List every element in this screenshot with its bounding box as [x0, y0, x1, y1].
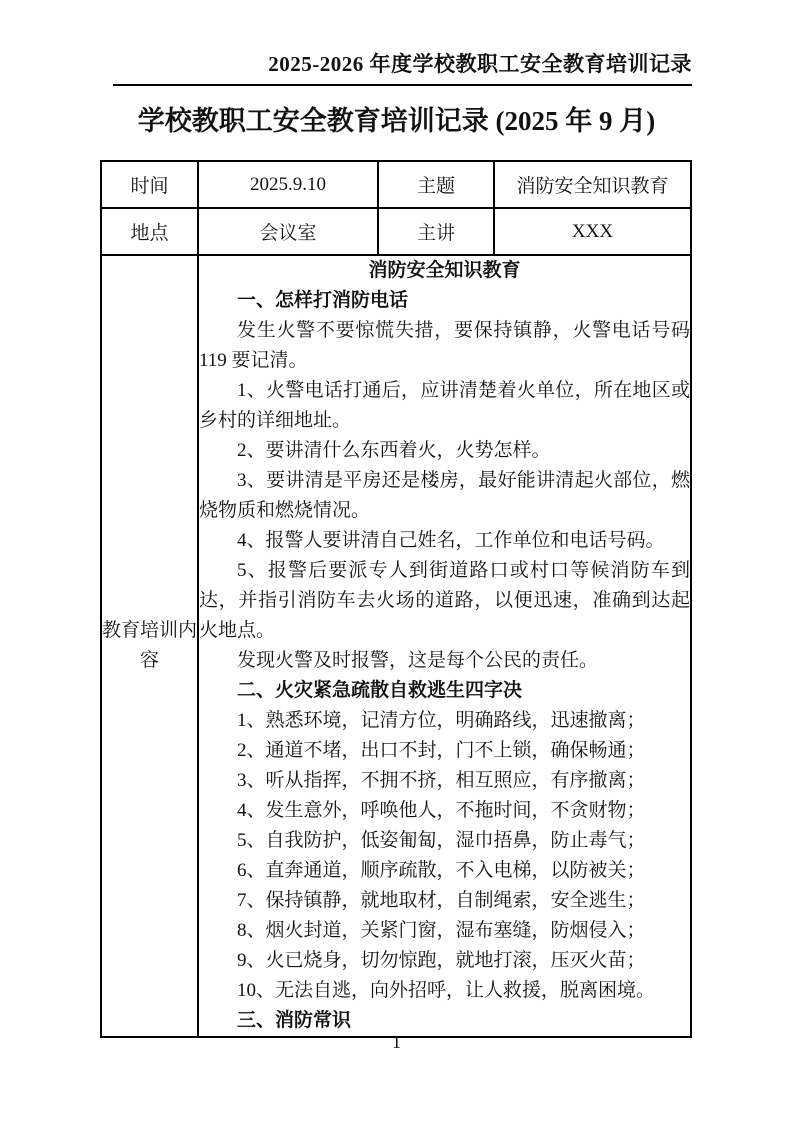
page-title: 学校教职工安全教育培训记录 (2025 年 9 月)	[0, 104, 793, 138]
content-paragraph: 5、自我防护，低姿匍匐，湿巾捂鼻，防止毒气；	[199, 826, 690, 856]
topic-value: 消防安全知识教育	[494, 161, 691, 208]
speaker-label: 主讲	[378, 208, 494, 255]
content-cell: 消防安全知识教育一、怎样打消防电话发生火警不要惊慌失措，要保持镇静，火警电话号码…	[198, 255, 691, 1037]
content-paragraph: 6、直奔通道，顺序疏散，不入电梯，以防被关；	[199, 856, 690, 886]
content-paragraphs: 消防安全知识教育一、怎样打消防电话发生火警不要惊慌失措，要保持镇静，火警电话号码…	[199, 256, 690, 1036]
content-paragraph: 二、火灾紧急疏散自救逃生四字决	[199, 676, 690, 706]
content-paragraph: 7、保持镇静，就地取材，自制绳索，安全逃生；	[199, 886, 690, 916]
content-paragraph: 1、火警电话打通后，应讲清楚着火单位，所在地区或乡村的详细地址。	[199, 376, 690, 436]
content-paragraph: 发现火警及时报警，这是每个公民的责任。	[199, 646, 690, 676]
content-paragraph: 发生火警不要惊慌失措，要保持镇静，火警电话号码 119 要记清。	[199, 316, 690, 376]
content-paragraph: 3、听从指挥，不拥不挤，相互照应，有序撤离；	[199, 766, 690, 796]
speaker-value: XXX	[494, 208, 691, 255]
location-label: 地点	[101, 208, 198, 255]
time-label: 时间	[101, 161, 198, 208]
content-paragraph: 5、报警后要派专人到街道路口或村口等候消防车到达，并指引消防车去火场的道路，以便…	[199, 556, 690, 646]
content-paragraph: 1、熟悉环境，记清方位，明确路线，迅速撤离；	[199, 706, 690, 736]
content-paragraph: 8、烟火封道，关紧门窗，湿布塞缝，防烟侵入；	[199, 916, 690, 946]
content-paragraph: 2、通道不堵，出口不封，门不上锁，确保畅通；	[199, 736, 690, 766]
document-header: 2025-2026 年度学校教职工安全教育培训记录	[113, 50, 692, 86]
content-paragraph: 2、要讲清什么东西着火，火势怎样。	[199, 436, 690, 466]
page-number: 1	[0, 1030, 793, 1054]
training-record-table: 时间 2025.9.10 主题 消防安全知识教育 地点 会议室 主讲 XXX 教…	[100, 160, 692, 1038]
table-row: 时间 2025.9.10 主题 消防安全知识教育	[101, 161, 691, 208]
content-paragraph: 4、发生意外，呼唤他人，不拖时间，不贪财物；	[199, 796, 690, 826]
content-paragraph: 消防安全知识教育	[199, 256, 690, 286]
location-value: 会议室	[198, 208, 378, 255]
document-page: 2025-2026 年度学校教职工安全教育培训记录 学校教职工安全教育培训记录 …	[0, 0, 793, 1122]
content-label: 教育培训内容	[101, 255, 198, 1037]
table-row: 地点 会议室 主讲 XXX	[101, 208, 691, 255]
content-paragraph: 4、报警人要讲清自己姓名，工作单位和电话号码。	[199, 526, 690, 556]
content-paragraph: 10、无法自逃，向外招呼，让人救援，脱离困境。	[199, 976, 690, 1006]
header-text: 2025-2026 年度学校教职工安全教育培训记录	[268, 52, 692, 76]
time-value: 2025.9.10	[198, 161, 378, 208]
content-paragraph: 3、要讲清是平房还是楼房，最好能讲清起火部位，燃烧物质和燃烧情况。	[199, 466, 690, 526]
topic-label: 主题	[378, 161, 494, 208]
content-paragraph: 一、怎样打消防电话	[199, 286, 690, 316]
table-row: 教育培训内容 消防安全知识教育一、怎样打消防电话发生火警不要惊慌失措，要保持镇静…	[101, 255, 691, 1037]
content-paragraph: 9、火已烧身，切勿惊跑，就地打滚，压灭火苗；	[199, 946, 690, 976]
